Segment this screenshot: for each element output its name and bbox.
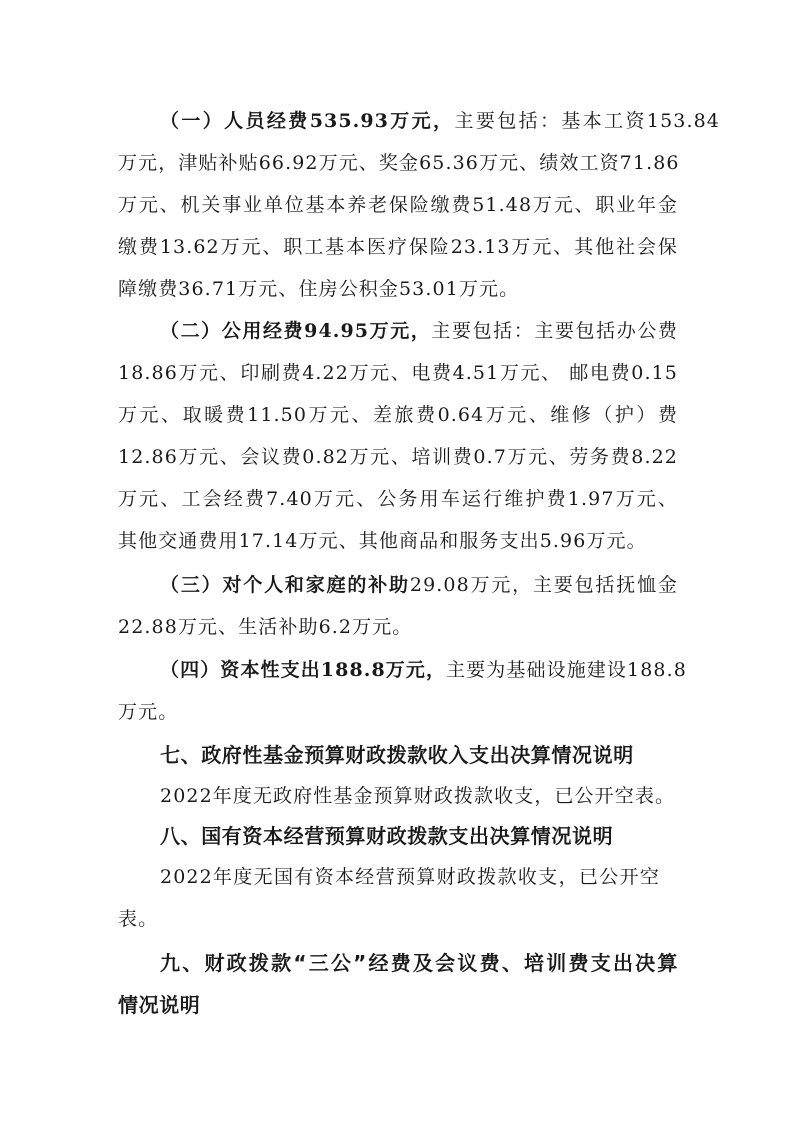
heading-eight-body-2: 表。 [118,906,678,932]
capital-rest: 主要为基础设施建设188.8 [446,659,687,681]
heading-eight: 八、国有资本经营预算财政拨款支出决算情况说明 [160,823,720,849]
heading-nine-line-2: 情况说明 [118,992,678,1018]
public-line-6: 其他交通费用17.14万元、其他商品和服务支出5.96万元。 [118,528,678,554]
personnel-line-2: 万元，津贴补贴66.92万元、奖金65.36万元、绩效工资71.86 [118,150,678,176]
subsidy-rest: 29.08万元，主要包括抚恤金 [410,574,678,596]
subsidy-line-2: 22.88万元、生活补助6.2万元。 [118,614,678,640]
public-line-5: 万元、工会经费7.40万元、公务用车运行维护费1.97万元、 [118,486,678,512]
capital-lead: （四）资本性支出188.8万元， [160,659,446,681]
public-line-1: （二）公用经费94.95万元，主要包括：主要包括办公费 [160,318,678,344]
public-rest: 主要包括：主要包括办公费 [431,320,678,342]
public-line-2: 18.86万元、印刷费4.22万元、电费4.51万元、 邮电费0.15 [118,360,678,386]
personnel-lead: （一）人员经费535.93万元， [160,110,454,132]
heading-seven-body: 2022年度无政府性基金预算财政拨款收支，已公开空表。 [160,783,680,809]
personnel-line-1: （一）人员经费535.93万元，主要包括：基本工资153.84 [160,108,720,134]
heading-nine-line-1: 九、财政拨款“三公”经费及会议费、培训费支出决算 [160,950,678,976]
personnel-line-3: 万元、机关事业单位基本养老保险缴费51.48万元、职业年金 [118,192,678,218]
subsidy-line-1: （三）对个人和家庭的补助29.08万元，主要包括抚恤金 [160,572,678,598]
subsidy-lead: （三）对个人和家庭的补助 [160,574,410,596]
heading-eight-body-1: 2022年度无国有资本经营预算财政拨款收支，已公开空 [160,864,660,890]
personnel-line-4: 缴费13.62万元、职工基本医疗保险23.13万元、其他社会保 [118,234,678,260]
document-page: （一）人员经费535.93万元，主要包括：基本工资153.84 万元，津贴补贴6… [0,0,793,1122]
public-line-3: 万元、取暖费11.50万元、差旅费0.64万元、维修（护）费 [118,402,678,428]
public-line-4: 12.86万元、会议费0.82万元、培训费0.7万元、劳务费8.22 [118,444,678,470]
capital-line-1: （四）资本性支出188.8万元，主要为基础设施建设188.8 [160,657,678,683]
personnel-line-5: 障缴费36.71万元、住房公积金53.01万元。 [118,276,678,302]
public-lead: （二）公用经费94.95万元， [160,320,431,342]
capital-line-2: 万元。 [118,699,678,725]
heading-seven: 七、政府性基金预算财政拨款收入支出决算情况说明 [160,742,720,768]
personnel-rest: 主要包括：基本工资153.84 [454,110,720,132]
